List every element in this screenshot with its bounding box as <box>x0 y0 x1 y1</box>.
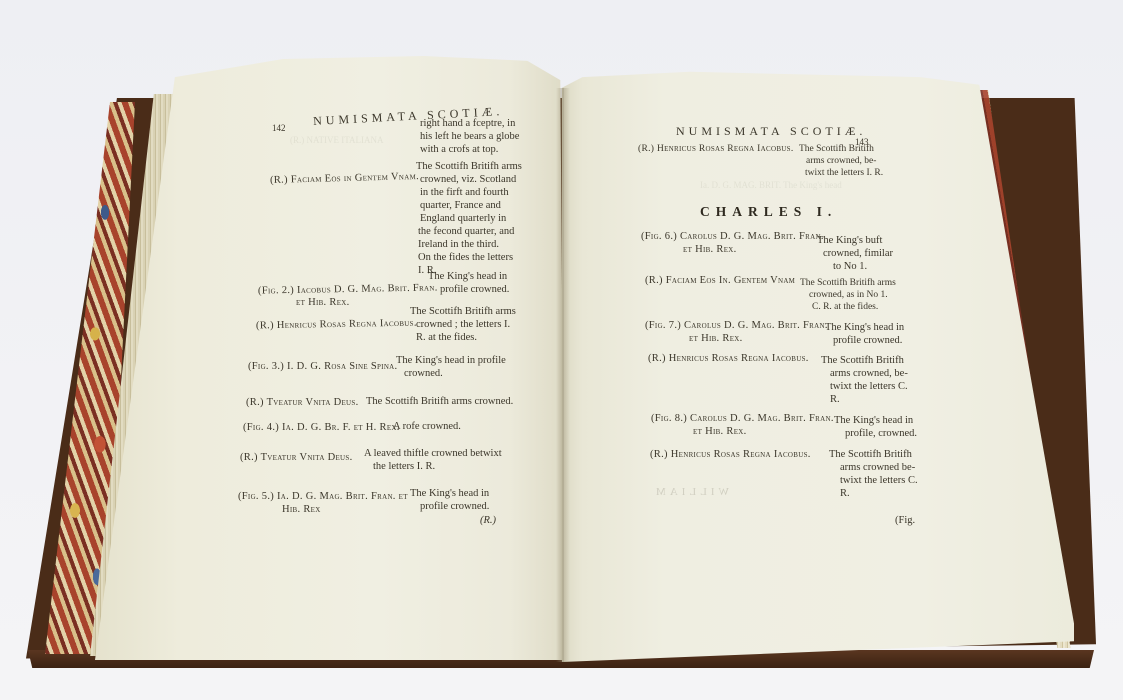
coin-description: crowned. <box>404 367 443 380</box>
catchword-right: (Fig. <box>895 514 915 527</box>
bleed-through-text: Ia. D. G. MAG. BRIT. The King's head <box>700 180 842 190</box>
coin-legend: Iacobus D. G. Mag. Brit. Fran. <box>297 282 438 295</box>
coin-description: The King's buft <box>817 234 882 247</box>
entry-label: (Fig. 8.) <box>651 413 687 424</box>
coin-description: The King's head in <box>410 487 489 500</box>
coin-description: The King's head in <box>825 321 904 334</box>
coin-description: The King's head in <box>834 414 913 427</box>
coin-description: arms crowned, be- <box>830 367 908 380</box>
entry-label: (R.) <box>246 397 264 408</box>
coin-legend: Henricus Rosas Regna Iacobus. <box>657 144 794 154</box>
coin-description: to No 1. <box>833 260 867 273</box>
coin-description: the fecond quarter, and <box>418 225 514 238</box>
coin-legend: Henricus Rosas Regna Iacobus. <box>669 353 809 364</box>
coin-legend: Carolus D. G. Mag. Brit. Fran. <box>684 320 828 331</box>
entry-label: (Fig. 2.) <box>258 285 294 297</box>
entry-label: (R.) <box>645 275 663 286</box>
coin-legend: et Hib. Rex. <box>693 425 747 438</box>
entry-label: (R.) <box>256 320 274 331</box>
coin-legend: Henricus Rosas Regna Iacobus. <box>277 318 417 331</box>
coin-description: profile crowned. <box>420 500 489 513</box>
entry-label: (R.) <box>648 353 666 364</box>
coin-description: The King's head in <box>428 270 507 283</box>
entry-label: (Fig. 6.) <box>641 231 677 242</box>
entry-label: (R.) <box>240 452 258 463</box>
coin-description: profile crowned. <box>440 283 509 296</box>
coin-description: crowned, viz. Scotland <box>420 173 516 186</box>
coin-legend: et Hib. Rex. <box>683 243 737 256</box>
entry-label-legend: (R.) Tveatur Vnita Deus. <box>246 396 359 409</box>
coin-description: profile crowned. <box>833 334 902 347</box>
coin-description: twixt the letters C. <box>830 380 908 393</box>
coin-description: R. <box>840 487 850 500</box>
coin-legend: Henricus Rosas Regna Iacobus. <box>671 449 811 460</box>
coin-description: A rofe crowned. <box>393 420 461 433</box>
entry-label-legend: (Fig. 3.) I. D. G. Rosa Sine Spina. <box>248 360 397 373</box>
entry-label-legend: (R.) Henricus Rosas Regna Iacobus. <box>650 448 811 461</box>
coin-description: The Scottifh Britifh <box>829 448 912 461</box>
coin-description: profile, crowned. <box>845 427 917 440</box>
entry-label: (Fig. 7.) <box>645 320 681 331</box>
book-photo: (R.) NATIVE ITALIANA Ia. D. G. MAG. BRIT… <box>0 0 1123 700</box>
entry-label-legend: (Fig. 4.) Ia. D. G. Br. F. et H. Rex. <box>243 421 400 434</box>
entry-label-legend: (Fig. 6.) Carolus D. G. Mag. Brit. Fran. <box>641 230 824 243</box>
entry-label-legend: (R.) Tveatur Vnita Deus. <box>240 451 353 464</box>
coin-legend: Carolus D. G. Mag. Brit. Fran. <box>690 413 834 424</box>
show-through-text: WILLIAM <box>652 486 729 498</box>
coin-legend: Hib. Rex <box>282 503 321 516</box>
coin-legend: Faciam Eos In. Gentem Vnam <box>666 275 795 286</box>
entry-label: (Fig. 4.) <box>243 422 279 433</box>
entry-label: (Fig. 5.) <box>238 491 274 502</box>
entry-label: (R.) <box>638 144 654 154</box>
coin-description: On the fides the letters <box>418 251 513 264</box>
entry-label-legend: (R.) Henricus Rosas Regna Iacobus. <box>256 317 417 333</box>
carryover-line: with a crofs at top. <box>420 143 498 156</box>
carryover-line: his left he bears a globe <box>420 130 519 143</box>
coin-description: R. <box>830 393 840 406</box>
coin-description: crowned, fimilar <box>823 247 893 260</box>
coin-description: twixt the letters C. <box>840 474 918 487</box>
entry-label-legend: (R.) Henricus Rosas Regna Iacobus. <box>638 143 794 156</box>
entry-label-legend: (Fig. 8.) Carolus D. G. Mag. Brit. Fran. <box>651 412 834 425</box>
coin-legend: Ia. D. G. Br. F. et H. Rex. <box>282 422 400 433</box>
carryover-line: right hand a fceptre, in <box>420 117 515 130</box>
coin-description: twixt the letters I. R. <box>805 167 883 180</box>
coin-legend: et Hib. Rex. <box>689 332 743 345</box>
catchword-left: (R.) <box>480 514 496 527</box>
running-head-right: NUMISMATA SCOTIÆ. <box>676 125 866 138</box>
coin-description: R. at the fides. <box>416 331 477 344</box>
coin-description: quarter, France and <box>420 199 501 212</box>
coin-legend: Carolus D. G. Mag. Brit. Fran. <box>680 231 824 242</box>
book-gutter <box>556 88 570 662</box>
coin-description: C. R. at the fides. <box>812 301 878 314</box>
coin-legend: Tveatur Vnita Deus. <box>261 452 353 463</box>
coin-legend: Ia. D. G. Mag. Brit. Fran. et <box>277 491 408 502</box>
coin-legend: Faciam Eos in Gentem Vnam. <box>291 171 420 185</box>
coin-description: The King's head in profile <box>396 354 506 367</box>
coin-description: arms crowned be- <box>840 461 915 474</box>
bleed-through-text: (R.) NATIVE ITALIANA <box>290 135 384 145</box>
coin-description: The Scottifh Britifh <box>821 354 904 367</box>
entry-label: (R.) <box>650 449 668 460</box>
entry-label-legend: (R.) Henricus Rosas Regna Iacobus. <box>648 352 809 365</box>
coin-legend: et Hib. Rex. <box>296 296 350 309</box>
coin-description: in the firft and fourth <box>420 186 509 199</box>
coin-description: the letters I. R. <box>373 460 435 473</box>
coin-description: England quarterly in <box>420 212 506 225</box>
coin-legend: Tveatur Vnita Deus. <box>267 397 359 408</box>
coin-description: The Scottifh Britifh arms <box>410 305 516 318</box>
entry-label: (Fig. 3.) <box>248 361 284 372</box>
entry-label-legend: (Fig. 5.) Ia. D. G. Mag. Brit. Fran. et <box>238 490 408 503</box>
coin-description: A leaved thiftle crowned betwixt <box>364 447 502 460</box>
entry-label: (R.) <box>270 174 288 185</box>
page-number-left: 142 <box>272 122 286 135</box>
coin-legend: I. D. G. Rosa Sine Spina. <box>287 361 397 372</box>
coin-description: Ireland in the third. <box>418 238 499 251</box>
coin-description: The Scottifh Britifh arms <box>416 160 522 173</box>
entry-label-legend: (R.) Faciam Eos In. Gentem Vnam <box>645 274 795 287</box>
coin-description: The Scottifh Britifh arms crowned. <box>366 395 513 408</box>
coin-description: crowned ; the letters I. <box>416 318 510 331</box>
entry-label-legend: (Fig. 7.) Carolus D. G. Mag. Brit. Fran. <box>645 319 828 332</box>
section-heading: CHARLES I. <box>700 205 837 218</box>
